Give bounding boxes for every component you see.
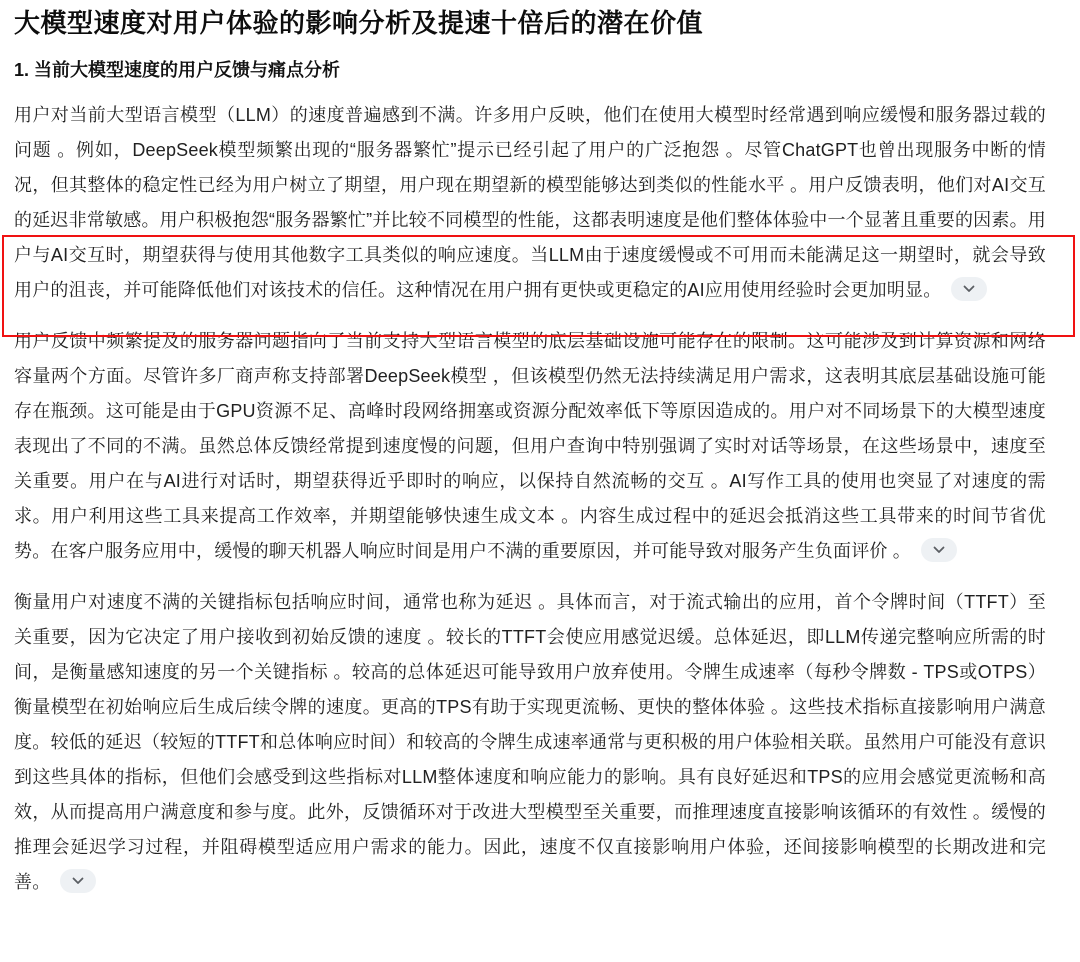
chevron-down-icon: [933, 546, 945, 554]
chevron-down-icon: [72, 877, 84, 885]
expand-toggle-button[interactable]: [60, 869, 96, 893]
page-title: 大模型速度对用户体验的影响分析及提速十倍后的潜在价值: [14, 6, 1046, 40]
paragraph-text: 用户反馈中频繁提及的服务器问题指向了当前支持大型语言模型的底层基础设施可能存在的…: [14, 331, 1046, 561]
paragraph-text: 衡量用户对速度不满的关键指标包括响应时间，通常也称为延迟 。具体而言，对于流式输…: [14, 592, 1046, 892]
document-page: 大模型速度对用户体验的影响分析及提速十倍后的潜在价值 1. 当前大模型速度的用户…: [0, 0, 1080, 900]
paragraph: 用户对当前大型语言模型（LLM）的速度普遍感到不满。许多用户反映，他们在使用大模…: [14, 98, 1046, 308]
chevron-down-icon: [963, 285, 975, 293]
paragraph-text: 用户对当前大型语言模型（LLM）的速度普遍感到不满。许多用户反映，他们在使用大模…: [14, 105, 1046, 300]
expand-toggle-button[interactable]: [951, 277, 987, 301]
paragraph: 用户反馈中频繁提及的服务器问题指向了当前支持大型语言模型的底层基础设施可能存在的…: [14, 324, 1046, 569]
expand-toggle-button[interactable]: [921, 538, 957, 562]
paragraph: 衡量用户对速度不满的关键指标包括响应时间，通常也称为延迟 。具体而言，对于流式输…: [14, 585, 1046, 900]
section-heading: 1. 当前大模型速度的用户反馈与痛点分析: [14, 59, 1046, 81]
